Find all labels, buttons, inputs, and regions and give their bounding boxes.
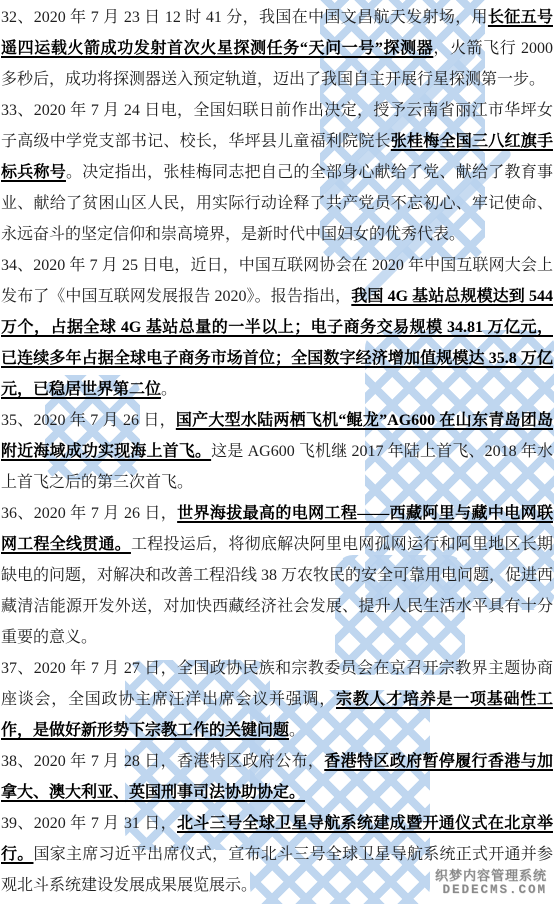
news-item-37: 37、2020 年 7 月 27 日，全国政协民族和宗教委员会在京召开宗教界主题… [1,653,553,746]
document-page: 32、2020 年 7 月 23 日 12 时 41 分，我国在中国文昌航天发射… [0,0,554,904]
dedecms-watermark-domain: DEDECMS.COM [435,883,547,898]
text-segment: 。 [161,381,177,398]
news-item-36: 36、2020 年 7 月 26 日，世界海拔最高的电网工程——西藏阿里与藏中电… [1,498,553,653]
dedecms-watermark: 织梦内容管理系统 DEDECMS.COM [435,868,547,898]
news-item-32: 32、2020 年 7 月 23 日 12 时 41 分，我国在中国文昌航天发射… [1,2,553,95]
text-segment: 36、2020 年 7 月 26 日， [1,505,177,522]
text-segment: 39、2020 年 7 月 31 日， [1,815,177,832]
dedecms-watermark-chinese: 织梦内容管理系统 [435,868,547,883]
news-item-34: 34、2020 年 7 月 25 日电，近日，中国互联网协会在 2020 年中国… [1,250,553,405]
news-item-38: 38、2020 年 7 月 28 日，香港特区政府公布，香港特区政府暂停履行香港… [1,746,553,808]
news-item-35: 35、2020 年 7 月 26 日，国产大型水陆两栖飞机“鲲龙”AG600 在… [1,405,553,498]
text-segment: 32、2020 年 7 月 23 日 12 时 41 分，我国在中国文昌航天发射… [1,9,488,26]
news-item-33: 33、2020 年 7 月 24 日电，全国妇联日前作出决定，授予云南省丽江市华… [1,95,553,250]
text-segment: 38、2020 年 7 月 28 日，香港特区政府公布， [1,753,324,770]
text-segment: 35、2020 年 7 月 26 日， [1,412,176,429]
text-segment: 。 [289,722,305,739]
text-segment: 。决定指出，张桂梅同志把自己的全部身心献给了党、献给了教育事业、献给了贫困山区人… [1,164,553,243]
document-content: 32、2020 年 7 月 23 日 12 时 41 分，我国在中国文昌航天发射… [0,0,554,901]
